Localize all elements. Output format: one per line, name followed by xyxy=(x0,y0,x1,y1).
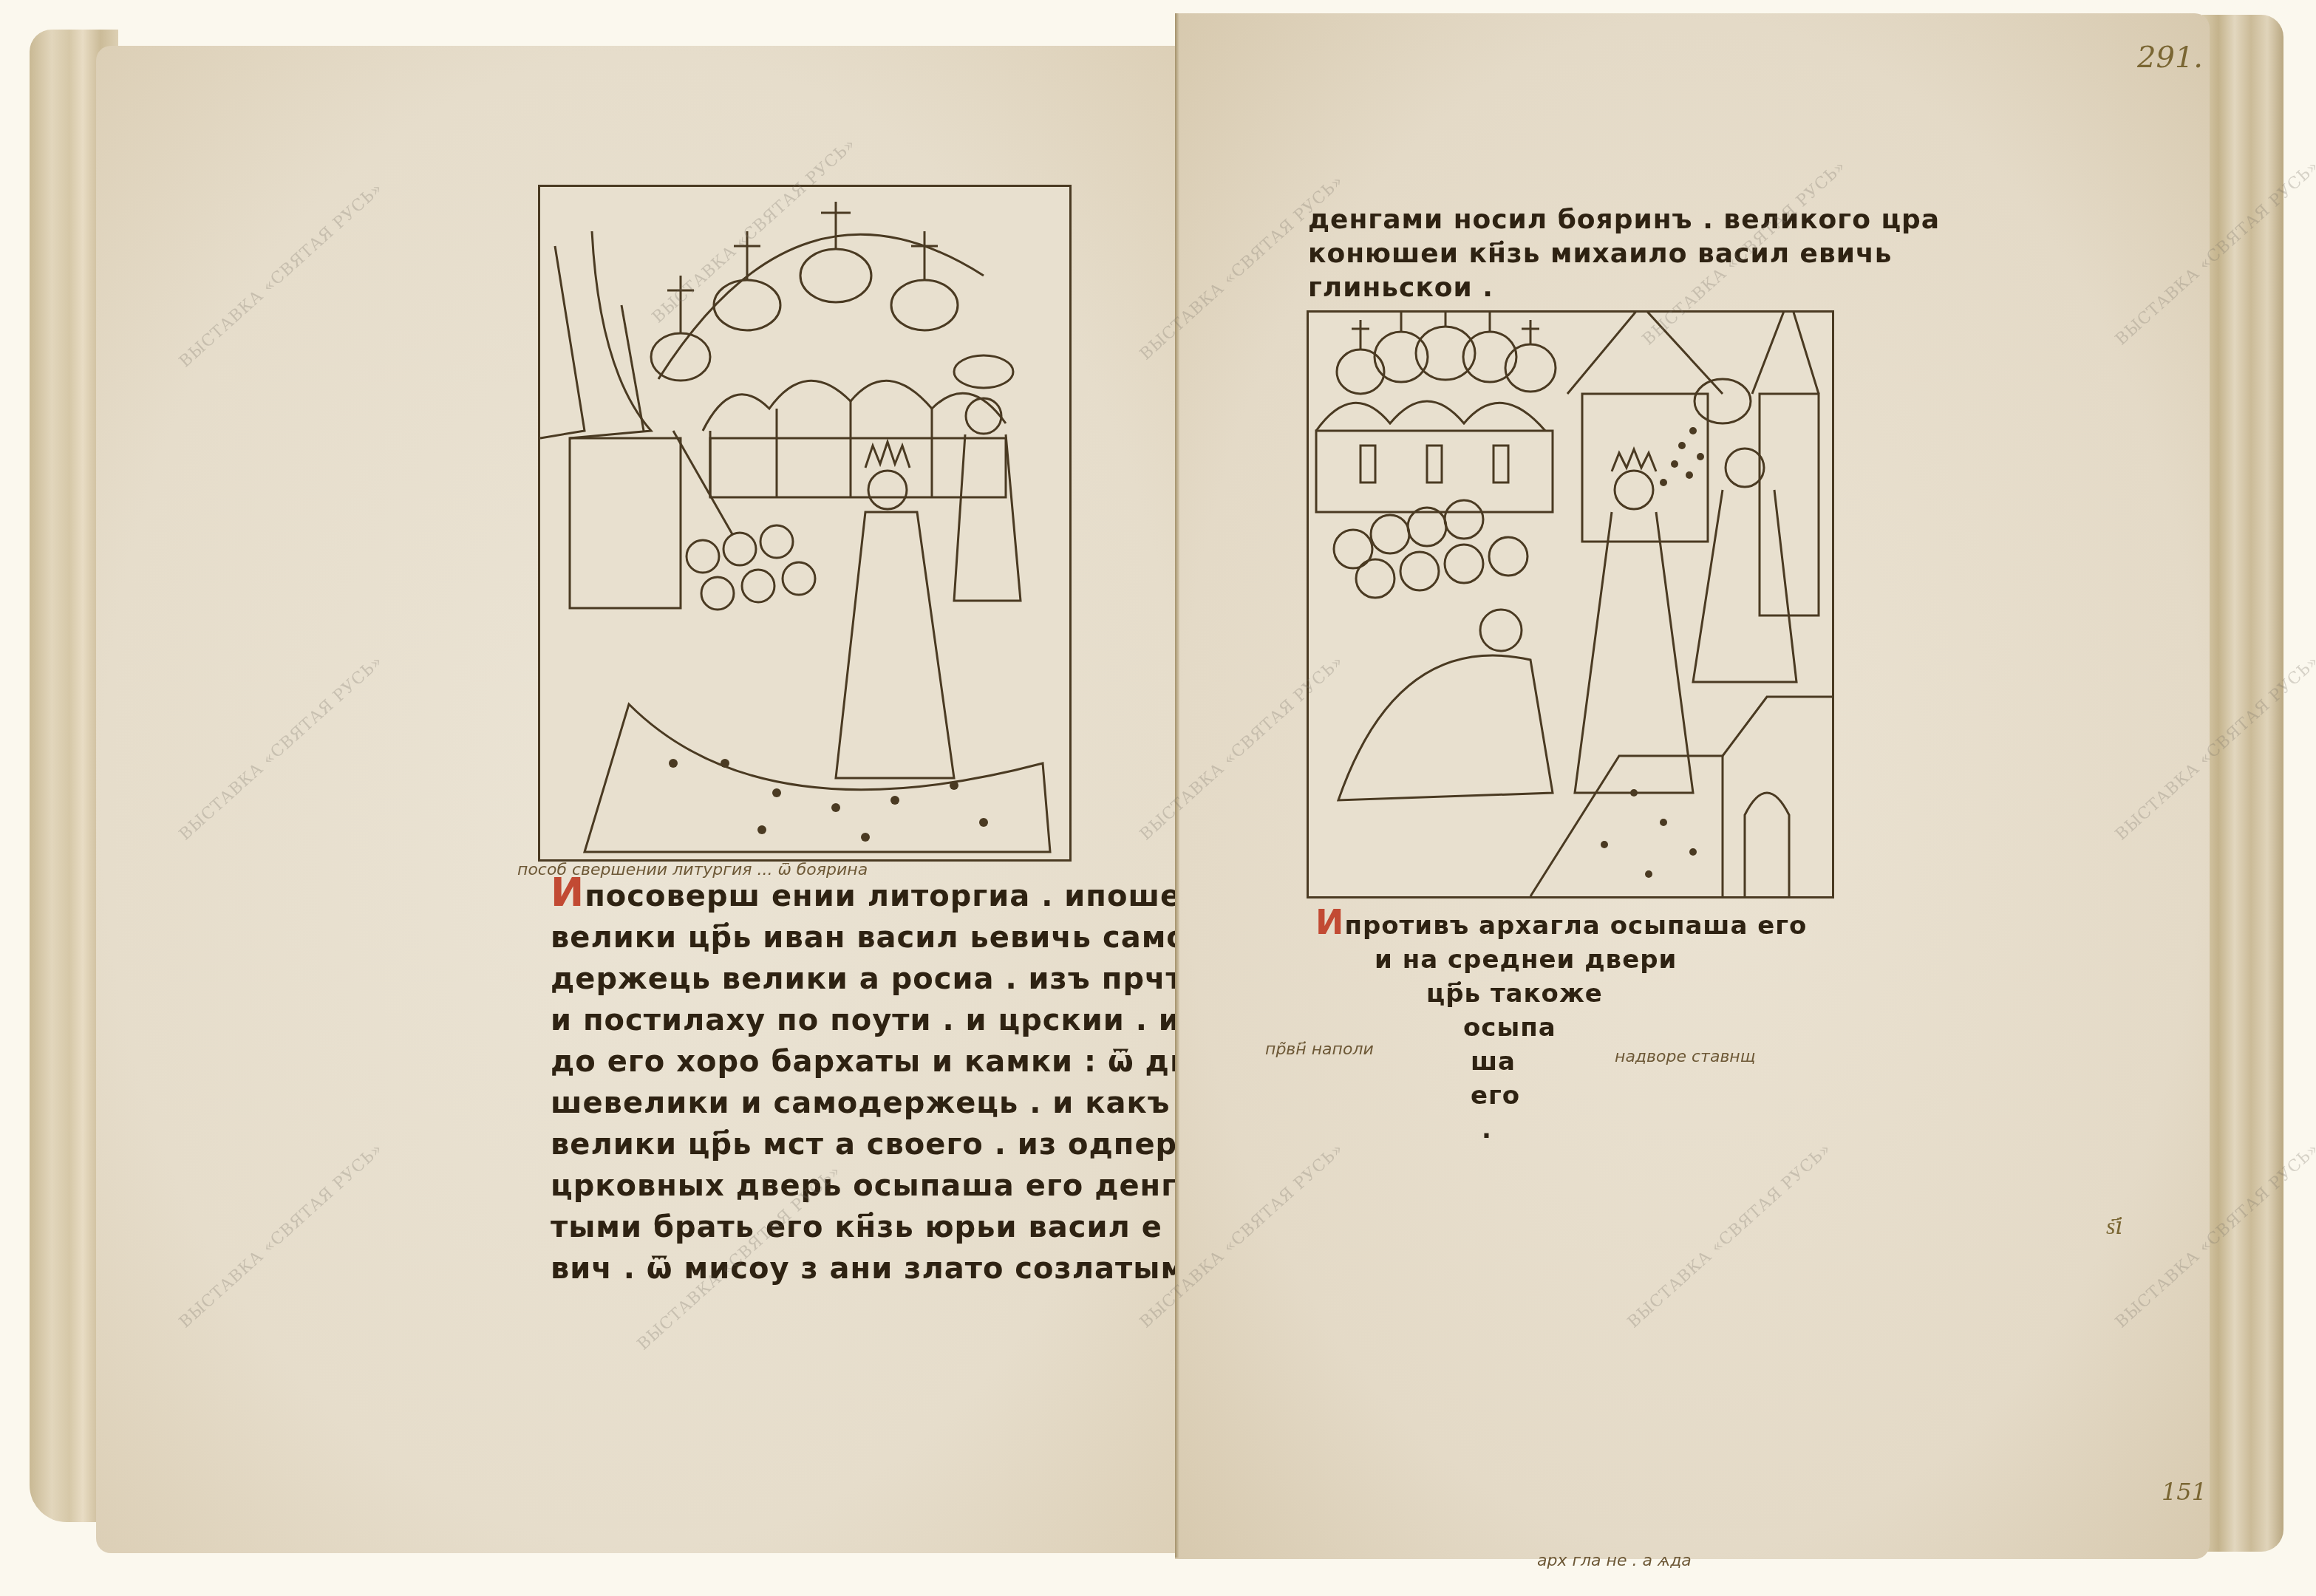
catchword: арх гла не . а ѧда xyxy=(1537,1552,1692,1570)
text-line: . xyxy=(1315,1113,1833,1147)
procession-illustration xyxy=(1309,313,1832,896)
text-line: цр҃ь такоже xyxy=(1315,977,1833,1011)
book-gutter xyxy=(1175,13,1179,1558)
text-line: до его хоро бархаты и камки : ѿ двида xyxy=(551,1041,1186,1082)
text-line: црковных дверь осыпаша его денгами зла xyxy=(551,1165,1186,1207)
right-margin-note-left: пр̃вн҃ наполи xyxy=(1265,1040,1374,1059)
text-line: конюшеи кн҃зь михаило васил евичь xyxy=(1308,237,1914,271)
rubric-initial: И xyxy=(1315,902,1344,942)
text-line: Ипосоверш ении литоргиа . ипошел г xyxy=(551,872,1186,917)
lower-corner-number: 151 xyxy=(2162,1478,2207,1506)
text-line: велики цр҃ь иван васил ьевичь само xyxy=(551,917,1186,958)
text-line: Ипротивъ архагла осыпаша его xyxy=(1315,905,1833,943)
text-line: осыпа xyxy=(1315,1011,1833,1045)
right-miniature xyxy=(1307,310,1834,898)
right-page-top-text: денгами носил бояринъ . великого цра кон… xyxy=(1308,203,1914,305)
text-line: и на среднеи двери xyxy=(1315,943,1833,977)
open-manuscript: пособ свершении литургия ... ѿ боярина И… xyxy=(0,0,2316,1596)
text-line: шевелики и самодержець . и какъ ошш xyxy=(551,1082,1186,1124)
text-line: держець велики а росиа . изъ прчты . xyxy=(551,958,1186,1000)
text-line: его xyxy=(1315,1079,1833,1113)
quire-mark: ѕ҃і xyxy=(2106,1212,2123,1240)
right-margin-note-right: надворе ставнщ xyxy=(1615,1048,1755,1066)
left-miniature xyxy=(538,185,1072,862)
text-line: велики цр҃ь мст а своего . из одпере xyxy=(551,1124,1186,1165)
folio-number: 291. xyxy=(2137,41,2203,75)
text-line: вич . ѿ мисоу з ани злато созлатыми xyxy=(551,1248,1186,1289)
rubric-initial: И xyxy=(551,869,585,915)
text-line: глиньскои . xyxy=(1308,271,1914,305)
left-page-text: Ипосоверш ении литоргиа . ипошел г велик… xyxy=(551,872,1186,1289)
right-page-bottom-text: Ипротивъ архагла осыпаша его и на средне… xyxy=(1315,905,1833,1147)
text-line: денгами носил бояринъ . великого цра xyxy=(1308,203,1914,237)
coronation-illustration xyxy=(540,187,1069,859)
text-line: тыми брать его кн҃зь юрьи васил е xyxy=(551,1207,1186,1248)
text-line: и постилаху по поути . и црскии . и xyxy=(551,1000,1186,1041)
